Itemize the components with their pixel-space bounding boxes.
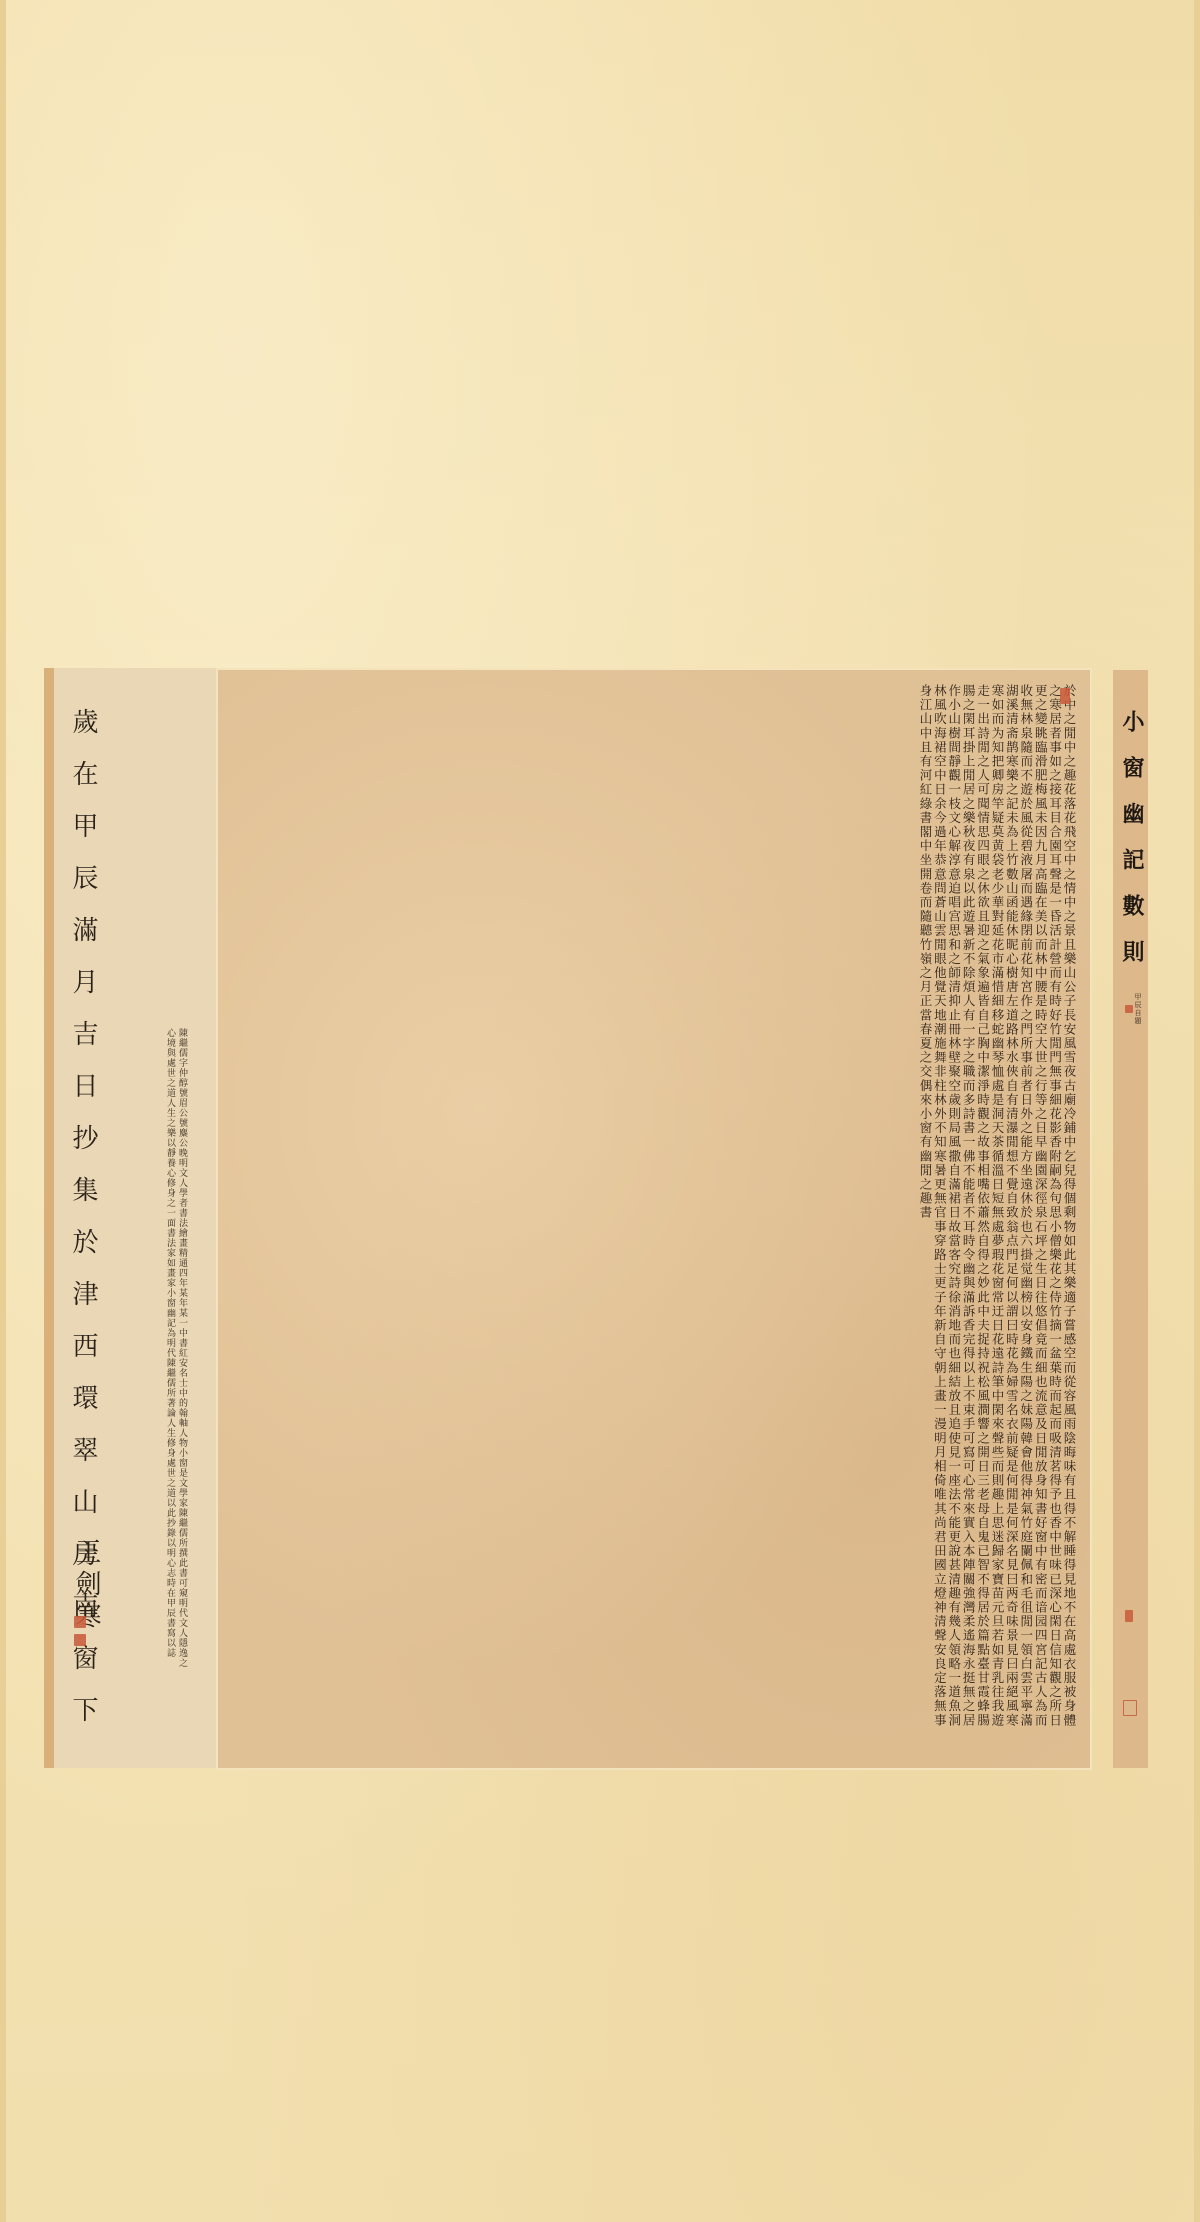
seal-icon [1125,1005,1133,1013]
main-text-panel: 於中之閒中之趣花落花飛空中之情中之景且樂山公子長安風雪夜古廟冷鋪中乞兒得個剩物如… [218,670,1090,1768]
seal-icon [1123,1700,1137,1716]
seal-icon [74,1634,86,1646]
seal-icon [74,1616,86,1628]
seal-icon [1060,688,1070,704]
colophon-small-text: 陳繼儒字仲醇號眉公號麋公晚明文人學者書法繪畫精通四年某年某一中書紅安名士中的翰軸… [164,1028,188,1668]
scroll-title: 小窗幽記數則 [1117,710,1148,986]
title-strip: 小窗幽記數則 甲辰自題 [1113,670,1148,1768]
seal-icon [1125,1610,1133,1622]
colophon-panel: 歲在甲辰滿月吉日抄集於津西環翠山房南窗下 陳繼儒字仲醇號眉公號麋公晚明文人學者書… [44,668,218,1768]
mount-edge-left [0,0,6,2222]
mount-edge-right [1194,0,1200,2222]
title-inscription: 甲辰自題 [1133,993,1143,1025]
main-calligraphy-text: 於中之閒中之趣花落花飛空中之情中之景且樂山公子長安風雪夜古廟冷鋪中乞兒得個剩物如… [231,684,1076,1734]
